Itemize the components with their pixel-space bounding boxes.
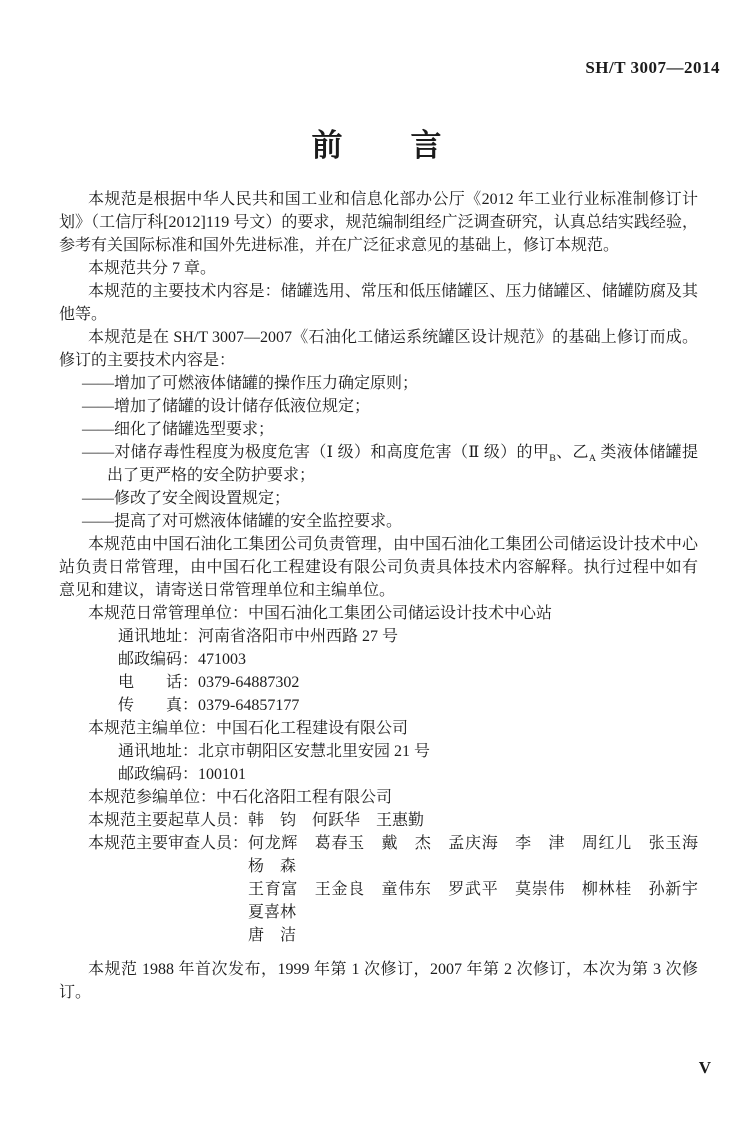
page-title: 前 言 [0, 120, 755, 165]
drafters-line: 本规范主要起草人员：韩 钧 何跃华 王惠勤 [59, 809, 698, 832]
management-phone: 电 话：0379-64887302 [59, 671, 698, 694]
revision-item: ——增加了可燃液体储罐的操作压力确定原则； [59, 372, 698, 395]
reviewers-row: 何龙辉 葛春玉 戴 杰 孟庆海 李 津 周红儿 张玉海 杨 森 [248, 832, 698, 878]
management-postcode: 邮政编码：471003 [59, 648, 698, 671]
revision-item-toxicity: ——对储存毒性程度为极度危害（Ⅰ 级）和高度危害（Ⅱ 级）的甲B、乙A 类液体储… [59, 441, 698, 487]
chief-editor-unit: 本规范主编单位：中国石化工程建设有限公司 [59, 717, 698, 740]
paragraph-revision-basis: 本规范是在 SH/T 3007—2007《石油化工储运系统罐区设计规范》的基础上… [59, 326, 698, 372]
subscript-a: A [589, 453, 596, 464]
revision-history: 本规范 1988 年首次发布，1999 年第 1 次修订，2007 年第 2 次… [59, 958, 698, 1004]
revision-item: ——增加了储罐的设计储存低液位规定； [59, 395, 698, 418]
standard-code: SH/T 3007—2014 [585, 58, 720, 78]
management-fax: 传 真：0379-64857177 [59, 694, 698, 717]
revision-item: ——细化了储罐选型要求； [59, 418, 698, 441]
co-editor-unit: 本规范参编单位：中石化洛阳工程有限公司 [59, 786, 698, 809]
management-unit: 本规范日常管理单位：中国石油化工集团公司储运设计技术中心站 [59, 602, 698, 625]
paragraph-basis: 本规范是根据中华人民共和国工业和信息化部办公厅《2012 年工业行业标准制修订计… [59, 188, 698, 257]
subscript-b: B [549, 453, 556, 464]
reviewers-row: 唐 洁 [248, 924, 698, 947]
revision-item: ——修改了安全阀设置规定； [59, 487, 698, 510]
revision-item: ——提高了对可燃液体储罐的安全监控要求。 [59, 510, 698, 533]
revision-text-pre: ——对储存毒性程度为极度危害（Ⅰ 级）和高度危害（Ⅱ 级）的甲 [82, 444, 549, 461]
management-address: 通讯地址：河南省洛阳市中州西路 27 号 [59, 625, 698, 648]
reviewers-label: 本规范主要审查人员： [59, 832, 248, 947]
page-number: V [699, 1058, 711, 1078]
paragraph-contents: 本规范的主要技术内容是：储罐选用、常压和低压储罐区、压力储罐区、储罐防腐及其他等… [59, 280, 698, 326]
chief-editor-address: 通讯地址：北京市朝阳区安慧北里安园 21 号 [59, 740, 698, 763]
document-page: SH/T 3007—2014 前 言 本规范是根据中华人民共和国工业和信息化部办… [0, 0, 755, 1122]
revision-text-mid: 、乙 [556, 444, 589, 461]
document-body: 本规范是根据中华人民共和国工业和信息化部办公厅《2012 年工业行业标准制修订计… [59, 188, 698, 1004]
reviewers-row: 王育富 王金良 童伟东 罗武平 莫崇伟 柳林桂 孙新宇 夏喜林 [248, 878, 698, 924]
paragraph-management: 本规范由中国石油化工集团公司负责管理，由中国石油化工集团公司储运设计技术中心站负… [59, 533, 698, 602]
reviewers-names: 何龙辉 葛春玉 戴 杰 孟庆海 李 津 周红儿 张玉海 杨 森 王育富 王金良 … [248, 832, 698, 947]
reviewers-block: 本规范主要审查人员： 何龙辉 葛春玉 戴 杰 孟庆海 李 津 周红儿 张玉海 杨… [59, 832, 698, 947]
paragraph-chapters: 本规范共分 7 章。 [59, 257, 698, 280]
chief-editor-postcode: 邮政编码：100101 [59, 763, 698, 786]
